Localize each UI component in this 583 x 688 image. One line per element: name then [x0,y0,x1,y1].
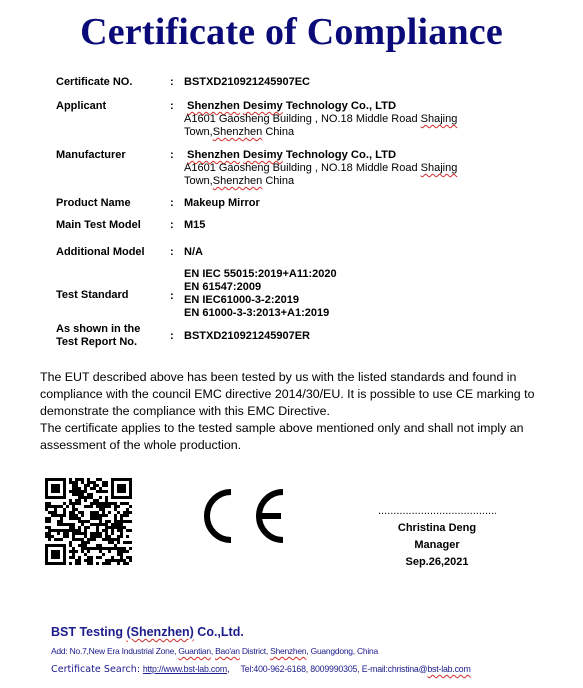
signature-date: Sep.26,2021 [378,554,496,571]
footer: BST Testing (Shenzhen) Co.,Ltd. Add: No.… [51,625,471,677]
applicant-address-line2: Town,Shenzhen China [184,126,507,139]
colon: : [170,246,174,258]
test-standard-item: EN 61547:2009 [184,281,504,294]
colon: : [170,76,174,88]
lab-contact: Tel:400-962-6168, 8009990305, E-mail:chr… [241,664,471,674]
field-label: Additional Model [56,246,166,259]
test-report-number: BSTXD210921245907ER [184,330,504,343]
field-label: Manufacturer [56,149,166,162]
certificate-search-line: Certificate Search: http://www.bst-lab.c… [51,662,471,677]
certificate-search-label: Certificate Search: [51,664,140,675]
field-label: Applicant [56,100,166,113]
colon: : [170,100,174,112]
website-link[interactable]: http://www.bst-lab.com [143,664,227,674]
compliance-statement: The EUT described above has been tested … [40,369,560,454]
manufacturer-address-line2: Town,Shenzhen China [184,175,507,188]
lab-company-name: BST Testing (Shenzhen) Co.,Ltd. [51,625,471,640]
product-name: Makeup Mirror [184,197,504,210]
lab-address: Add: No.7,New Era Industrial Zone, Guant… [51,645,471,657]
applicant-company: Shenzhen Desimy Technology Co., LTD [187,100,507,113]
applicant-address-line1: A1601 Gaosheng Building , NO.18 Middle R… [184,113,507,126]
signature-block: ........................................… [378,508,496,571]
colon: : [170,197,174,209]
field-label-line1: As shown in the [56,323,166,336]
manufacturer-address-line1: A1601 Gaosheng Building , NO.18 Middle R… [184,162,507,175]
colon: : [170,219,174,231]
field-label: Certificate NO. [56,76,166,89]
main-test-model: M15 [184,219,504,232]
certificate-number: BSTXD210921245907EC [184,76,504,89]
signatory-title: Manager [378,537,496,554]
manufacturer-company: Shenzhen Desimy Technology Co., LTD [187,149,507,162]
signatory-name: Christina Deng [378,520,496,537]
field-label: Product Name [56,197,166,210]
signature-line: ........................................… [378,508,496,520]
test-standard-item: EN IEC61000-3-2:2019 [184,294,504,307]
statement-paragraph-2: The certificate applies to the tested sa… [40,420,560,454]
colon: : [170,290,174,302]
test-standard-item: EN 61000-3-3:2013+A1:2019 [184,307,504,320]
field-label-line2: Test Report No. [56,336,166,349]
test-standard-item: EN IEC 55015:2019+A11:2020 [184,268,504,281]
colon: : [170,149,174,161]
statement-paragraph-1: The EUT described above has been tested … [40,369,560,420]
colon: : [170,330,174,342]
certificate-title: Certificate of Compliance [0,10,583,54]
ce-mark-icon [198,489,286,543]
field-label: Main Test Model [56,219,166,232]
qr-code-icon [45,478,132,565]
additional-model: N/A [184,246,504,259]
field-label: Test Standard [56,289,166,302]
